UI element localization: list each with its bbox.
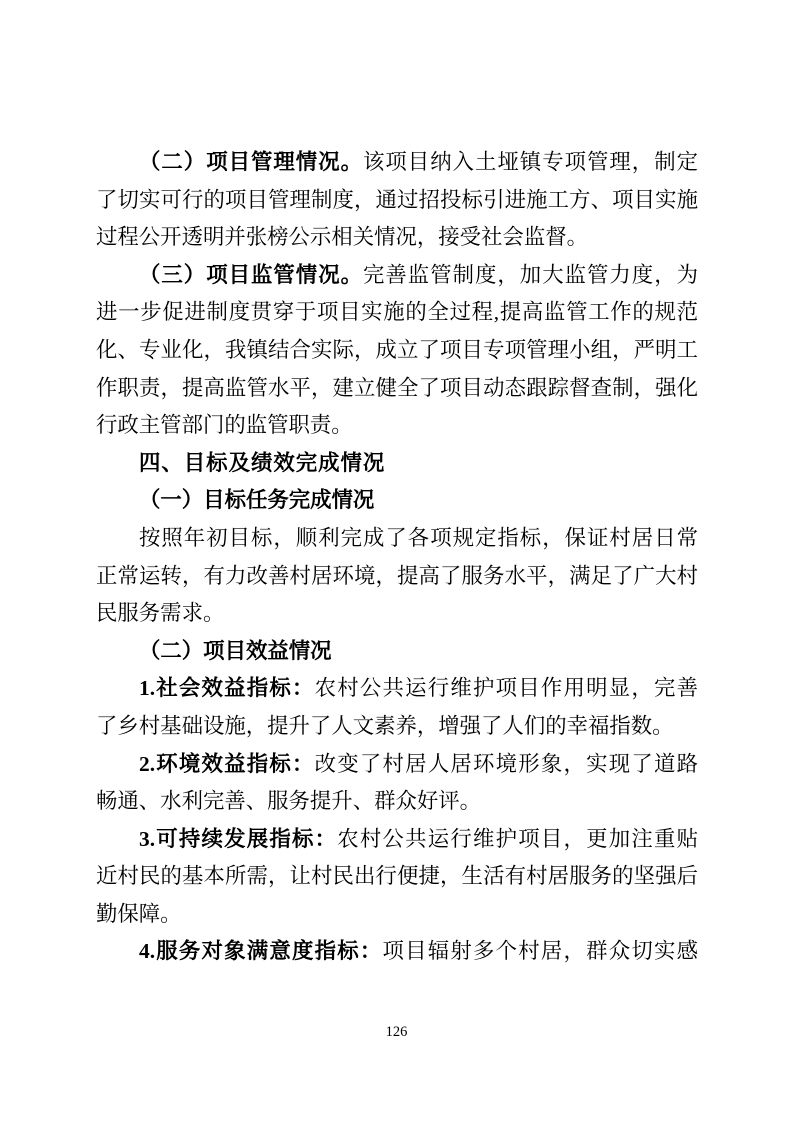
- bold-lead: 1.社会效益指标：: [139, 676, 315, 700]
- page-number: 126: [0, 1024, 793, 1041]
- paragraph-line: （三）项目监管情况。完善监管制度，加大监管力度，为: [96, 257, 698, 295]
- bold-lead: （二）项目管理情况。: [139, 150, 363, 174]
- subsection-heading: （二）项目效益情况: [96, 633, 698, 671]
- document-content: （二）项目管理情况。该项目纳入土垭镇专项管理，制定了切实可行的项目管理制度，通过…: [96, 144, 698, 971]
- paragraph-line: 4.服务对象满意度指标：项目辐射多个村居，群众切实感: [96, 933, 698, 971]
- paragraph-line: 行政主管部门的监管职责。: [96, 407, 698, 445]
- paragraph-line: 勤保障。: [96, 896, 698, 934]
- subsection-heading: （一）目标任务完成情况: [96, 482, 698, 520]
- paragraph-line: 畅通、水利完善、服务提升、群众好评。: [96, 783, 698, 821]
- section-heading: 四、目标及绩效完成情况: [96, 445, 698, 483]
- bold-lead: 3.可持续发展指标：: [139, 827, 337, 851]
- paragraph-line: 作职责，提高监管水平，建立健全了项目动态跟踪督查制，强化: [96, 370, 698, 408]
- paragraph-line: （二）项目管理情况。该项目纳入土垭镇专项管理，制定: [96, 144, 698, 182]
- paragraph-line: 了乡村基础设施，提升了人文素养，增强了人们的幸福指数。: [96, 708, 698, 746]
- document-page: （二）项目管理情况。该项目纳入土垭镇专项管理，制定了切实可行的项目管理制度，通过…: [0, 0, 793, 1122]
- paragraph-line: 进一步促进制度贯穿于项目实施的全过程,提高监管工作的规范: [96, 294, 698, 332]
- bold-lead: 2.环境效益指标：: [139, 752, 315, 776]
- paragraph-line: 2.环境效益指标：改变了村居人居环境形象，实现了道路: [96, 746, 698, 784]
- paragraph-line: 过程公开透明并张榜公示相关情况，接受社会监督。: [96, 219, 698, 257]
- paragraph-line: 按照年初目标，顺利完成了各项规定指标，保证村居日常: [96, 520, 698, 558]
- bold-lead: （三）项目监管情况。: [139, 263, 363, 287]
- paragraph-line: 民服务需求。: [96, 595, 698, 633]
- bold-lead: （一）目标任务完成情况: [139, 488, 374, 512]
- paragraph-line: 正常运转，有力改善村居环境，提高了服务水平，满足了广大村: [96, 558, 698, 596]
- paragraph-line: 了切实可行的项目管理制度，通过招投标引进施工方、项目实施: [96, 182, 698, 220]
- paragraph-line: 化、专业化，我镇结合实际，成立了项目专项管理小组，严明工: [96, 332, 698, 370]
- paragraph-line: 近村民的基本所需，让村民出行便捷，生活有村居服务的坚强后: [96, 858, 698, 896]
- bold-lead: （二）项目效益情况: [139, 639, 332, 663]
- paragraph-line: 3.可持续发展指标：农村公共运行维护项目，更加注重贴: [96, 821, 698, 859]
- bold-lead: 4.服务对象满意度指标：: [139, 939, 383, 963]
- paragraph-line: 1.社会效益指标：农村公共运行维护项目作用明显，完善: [96, 670, 698, 708]
